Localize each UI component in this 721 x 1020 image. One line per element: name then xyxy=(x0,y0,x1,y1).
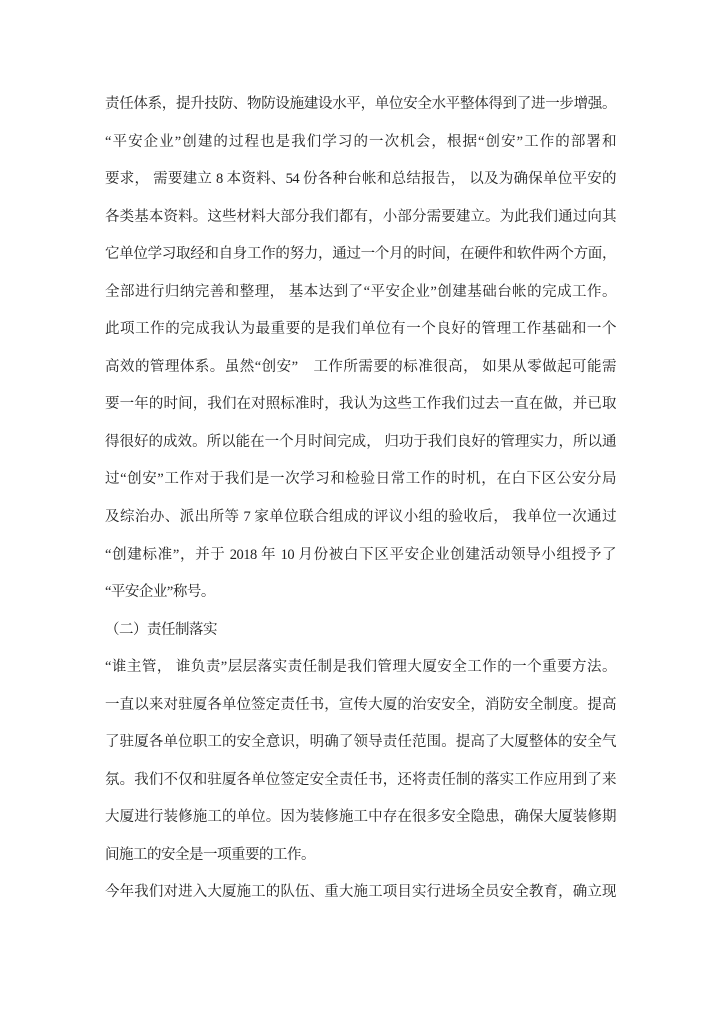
text-line: 各类基本资料。这些材料大部分我们都有，小部分需要建立。为此我们通过向其 xyxy=(105,199,616,237)
text-line: 过“创安”工作对于我们是一次学习和检验日常工作的时机，在白下区公安分局 xyxy=(105,461,616,499)
text-line: 大厦进行装修施工的单位。因为装修施工中存在很多安全隐患，确保大厦装修期 xyxy=(105,799,616,837)
text-line: 及综治办、派出所等 7 家单位联合组成的评议小组的验收后， 我单位一次通过 xyxy=(105,499,616,537)
text-line: 得很好的成效。所以能在一个月时间完成， 归功于我们良好的管理实力，所以通 xyxy=(105,424,616,462)
paragraph: “谁主管， 谁负责”层层落实责任制是我们管理大厦安全工作的一个重要方法。一直以来… xyxy=(105,649,616,874)
text-line: “创建标准”，并于 2018 年 10 月份被白下区平安企业创建活动领导小组授予… xyxy=(105,537,616,575)
document-page: 责任体系，提升技防、物防设施建设水平，单位安全水平整体得到了进一步增强。“平安企… xyxy=(0,0,721,1020)
text-line: 氛。我们不仅和驻厦各单位签定安全责任书，还将责任制的落实工作应用到了来 xyxy=(105,762,616,800)
text-line: 此项工作的完成我认为最重要的是我们单位有一个良好的管理工作基础和一个 xyxy=(105,311,616,349)
text-line: “谁主管， 谁负责”层层落实责任制是我们管理大厦安全工作的一个重要方法。 xyxy=(105,649,616,687)
text-line: 了驻厦各单位职工的安全意识，明确了领导责任范围。提高了大厦整体的安全气 xyxy=(105,724,616,762)
paragraph: 责任体系，提升技防、物防设施建设水平，单位安全水平整体得到了进一步增强。“平安企… xyxy=(105,86,616,612)
text-line: 要一年的时间，我们在对照标准时，我认为这些工作我们过去一直在做，并已取 xyxy=(105,386,616,424)
text-line: 间施工的安全是一项重要的工作。 xyxy=(105,837,616,875)
text-line: 高效的管理体系。虽然“创安” 工作所需要的标准很高， 如果从零做起可能需 xyxy=(105,349,616,387)
text-line: （二）责任制落实 xyxy=(105,612,616,650)
text-line: 要求， 需要建立 8 本资料、54 份各种台帐和总结报告， 以及为确保单位平安的 xyxy=(105,161,616,199)
text-line: “平安企业”称号。 xyxy=(105,574,616,612)
text-line: 它单位学习取经和自身工作的努力，通过一个月的时间，在硬件和软件两个方面， xyxy=(105,236,616,274)
text-line: 全部进行归纳完善和整理， 基本达到了“平安企业”创建基础台帐的完成工作。 xyxy=(105,274,616,312)
paragraph: 今年我们对进入大厦施工的队伍、重大施工项目实行进场全员安全教育，确立现 xyxy=(105,874,616,912)
text-line: 一直以来对驻厦各单位签定责任书，宣传大厦的治安安全，消防安全制度。提高 xyxy=(105,687,616,725)
text-line: 责任体系，提升技防、物防设施建设水平，单位安全水平整体得到了进一步增强。 xyxy=(105,86,616,124)
text-block: 责任体系，提升技防、物防设施建设水平，单位安全水平整体得到了进一步增强。“平安企… xyxy=(105,86,616,912)
text-line: 今年我们对进入大厦施工的队伍、重大施工项目实行进场全员安全教育，确立现 xyxy=(105,874,616,912)
section-heading: （二）责任制落实 xyxy=(105,612,616,650)
text-line: “平安企业”创建的过程也是我们学习的一次机会，根据“创安”工作的部署和 xyxy=(105,124,616,162)
